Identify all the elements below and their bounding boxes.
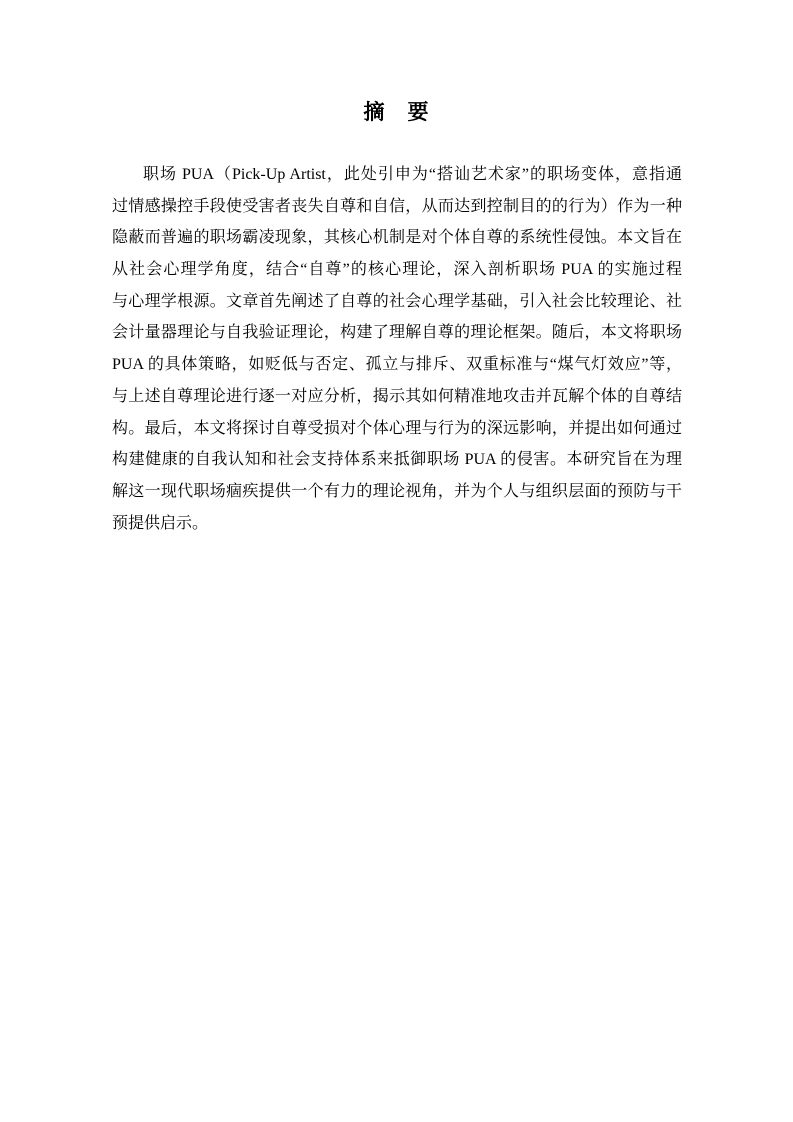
- document-page: 摘 要 职场 PUA（Pick-Up Artist，此处引申为“搭讪艺术家”的职…: [0, 0, 793, 1122]
- abstract-title: 摘 要: [0, 96, 793, 129]
- abstract-paragraph: 职场 PUA（Pick-Up Artist，此处引申为“搭讪艺术家”的职场变体，…: [112, 159, 682, 539]
- abstract-line: 构。最后，本文将探讨自尊受损对个体心理与行为的深远影响，并提出如何通过: [112, 413, 682, 445]
- abstract-line: 与上述自尊理论进行逐一对应分析，揭示其如何精准地攻击并瓦解个体的自尊结: [112, 381, 682, 413]
- abstract-line: 从社会心理学角度，结合“自尊”的核心理论，深入剖析职场 PUA 的实施过程: [112, 254, 682, 286]
- abstract-line: 会计量器理论与自我验证理论，构建了理解自尊的理论框架。随后，本文将职场: [112, 317, 682, 349]
- abstract-line: 与心理学根源。文章首先阐述了自尊的社会心理学基础，引入社会比较理论、社: [112, 286, 682, 318]
- abstract-line: 解这一现代职场痼疾提供一个有力的理论视角，并为个人与组织层面的预防与干: [112, 476, 682, 508]
- abstract-line: 职场 PUA（Pick-Up Artist，此处引申为“搭讪艺术家”的职场变体，…: [112, 159, 682, 191]
- abstract-line: 预提供启示。: [112, 508, 682, 540]
- abstract-line: PUA 的具体策略，如贬低与否定、孤立与排斥、双重标准与“煤气灯效应”等，: [112, 349, 682, 381]
- abstract-line: 构建健康的自我认知和社会支持体系来抵御职场 PUA 的侵害。本研究旨在为理: [112, 444, 682, 476]
- abstract-line: 隐蔽而普遍的职场霸凌现象，其核心机制是对个体自尊的系统性侵蚀。本文旨在: [112, 222, 682, 254]
- abstract-line: 过情感操控手段使受害者丧失自尊和自信，从而达到控制目的的行为）作为一种: [112, 191, 682, 223]
